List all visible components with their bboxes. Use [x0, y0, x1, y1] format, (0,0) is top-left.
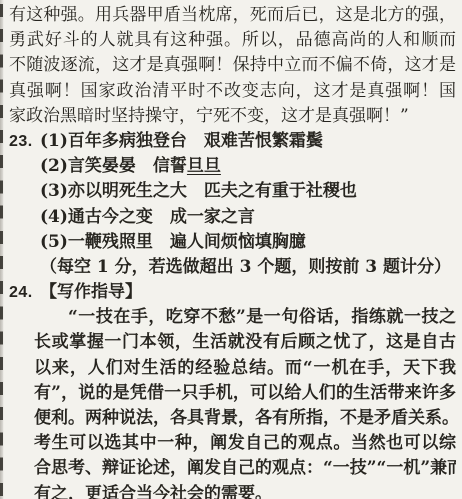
section-heading: 【写作指导】 [40, 280, 142, 305]
question-24-block: 24. 【写作指导】 “一技在手，吃穿不愁”是一句俗话，指练就一技之 长或掌握一… [9, 280, 456, 499]
paragraph-line: 合思考、辩证论述，阐发自己的观点：“一技”“一机”兼而 [9, 456, 456, 481]
paragraph-line: 勇武好斗的人就具有这种强。所以，品德高尚的人和顺而 [9, 28, 456, 53]
answer-line: (2)言笑晏晏 信誓旦旦 [9, 154, 456, 179]
question-number: 24. [9, 280, 40, 305]
answer-text-main: (2)言笑晏晏 信誓 [40, 156, 187, 176]
scoring-note: （每空 1 分，若选做超出 3 个题，则按前 3 题计分） [9, 255, 456, 280]
section-heading-line: 24. 【写作指导】 [9, 280, 456, 305]
paragraph-line: “一技在手，吃穿不愁”是一句俗话，指练就一技之 [9, 305, 456, 330]
paragraph-line: 长或掌握一门本领，生活就没有后顾之忧了，这是自古 [9, 330, 456, 355]
answer-text-main: (4)通古今之变 成一家之言 [40, 207, 255, 227]
top-paragraph: 有这种强。用兵器甲盾当枕席，死而后已，这是北方的强， 勇武好斗的人就具有这种强。… [9, 3, 456, 129]
answer-line: (5)一鞭残照里 遍人间烦恼填胸臆 [9, 230, 456, 255]
answer-text-underlined: 旦旦 [187, 156, 221, 176]
question-23-block: 23. (1)百年多病独登台 艰难苦恨繁霜鬓 (2)言笑晏晏 信誓旦旦 (3)亦… [9, 129, 456, 280]
page-content: 有这种强。用兵器甲盾当枕席，死而后已，这是北方的强， 勇武好斗的人就具有这种强。… [9, 3, 456, 499]
paragraph-line: 不随波逐流，这才是真强啊！保持中立而不偏不倚，这才是 [9, 53, 456, 78]
paragraph-line: 考生可以选其中一种，阐发自己的观点。当然也可以综 [9, 431, 456, 456]
scanned-answer-page: 有这种强。用兵器甲盾当枕席，死而后已，这是北方的强， 勇武好斗的人就具有这种强。… [0, 0, 462, 499]
paragraph-line: 家政治黑暗时坚持操守，宁死不变，这才是真强啊！” [9, 104, 456, 129]
answer-line: (3)亦以明死生之大 匹夫之有重于社稷也 [9, 179, 456, 204]
paragraph-line: 有”，说的是凭借一只手机，可以给人们的生活带来许多 [9, 381, 456, 406]
scan-edge-artifact [0, 0, 4, 499]
answer-text-main: (3)亦以明死生之大 匹夫之有重于社稷也 [40, 181, 357, 201]
answer-line: 23. (1)百年多病独登台 艰难苦恨繁霜鬓 [9, 129, 456, 154]
answer-text: (1)百年多病独登台 艰难苦恨繁霜鬓 [40, 129, 323, 154]
paragraph-line: 真强啊！国家政治清平时不改变志向，这才是真强啊！国 [9, 79, 456, 104]
paragraph-line: 有之，更适合当今社会的需要。 [9, 482, 456, 499]
answer-text-main: (1)百年多病独登台 艰难苦恨繁霜鬓 [40, 131, 323, 151]
paragraph-line: 便利。两种说法，各具背景，各有所指，不是矛盾关系。 [9, 406, 456, 431]
answer-text-main: (5)一鞭残照里 遍人间烦恼填胸臆 [40, 232, 306, 252]
guidance-paragraph: “一技在手，吃穿不愁”是一句俗话，指练就一技之 长或掌握一门本领，生活就没有后顾… [9, 305, 456, 499]
question-number: 23. [9, 129, 40, 154]
paragraph-line: 以来，人们对生活的经验总结。而“一机在手，天下我 [9, 356, 456, 381]
answer-line: (4)通古今之变 成一家之言 [9, 205, 456, 230]
paragraph-line: 有这种强。用兵器甲盾当枕席，死而后已，这是北方的强， [9, 3, 456, 28]
